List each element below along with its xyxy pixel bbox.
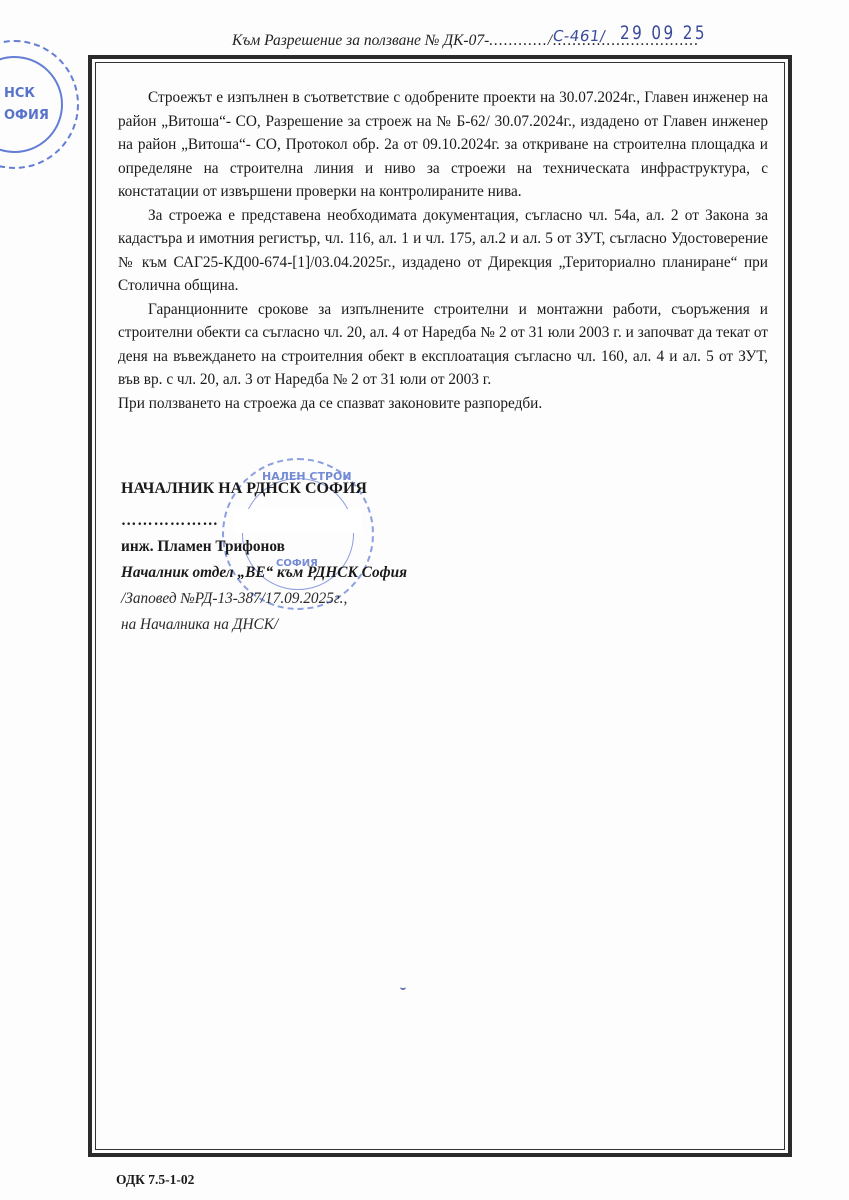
handwritten-permit-number: С-461/	[552, 27, 607, 45]
signatory-title: НАЧАЛНИК НА РДНСК СОФИЯ	[121, 480, 407, 498]
signatory-position: Началник отдел „ВЕ“ към РДНСК София	[121, 564, 407, 582]
stamp-ring	[0, 56, 63, 153]
stamp-text: ОФИЯ	[4, 108, 49, 123]
paragraph-warranty: Гаранционните срокове за изпълнените стр…	[118, 298, 768, 392]
document-code: ОДК 7.5-1-02	[116, 1172, 194, 1188]
redacted-signature	[234, 509, 362, 533]
signatory-name: инж. Пламен Трифонов	[121, 538, 407, 556]
handwritten-date: 29 09 25	[620, 22, 707, 44]
official-stamp-corner: НСК ОФИЯ	[0, 40, 79, 169]
signature-block: НАЧАЛНИК НА РДНСК СОФИЯ ……………… инж. Плам…	[121, 480, 407, 642]
paragraph-closing: При ползването на строежа да се спазват …	[118, 392, 768, 416]
document-body: Строежът е изпълнен в съответствие с одо…	[118, 86, 768, 415]
authorization-order: /Заповед №РД-13-387/17.09.2025г.,	[121, 590, 407, 608]
paragraph-compliance: Строежът е изпълнен в съответствие с одо…	[118, 86, 768, 204]
paragraph-documentation: За строежа е представена необходимата до…	[118, 204, 768, 298]
stamp-text: НСК	[4, 86, 35, 101]
authorization-issuer: на Началника на ДНСК/	[121, 616, 407, 634]
permit-reference-label: Към Разрешение за ползване № ДК-07-	[232, 32, 489, 49]
